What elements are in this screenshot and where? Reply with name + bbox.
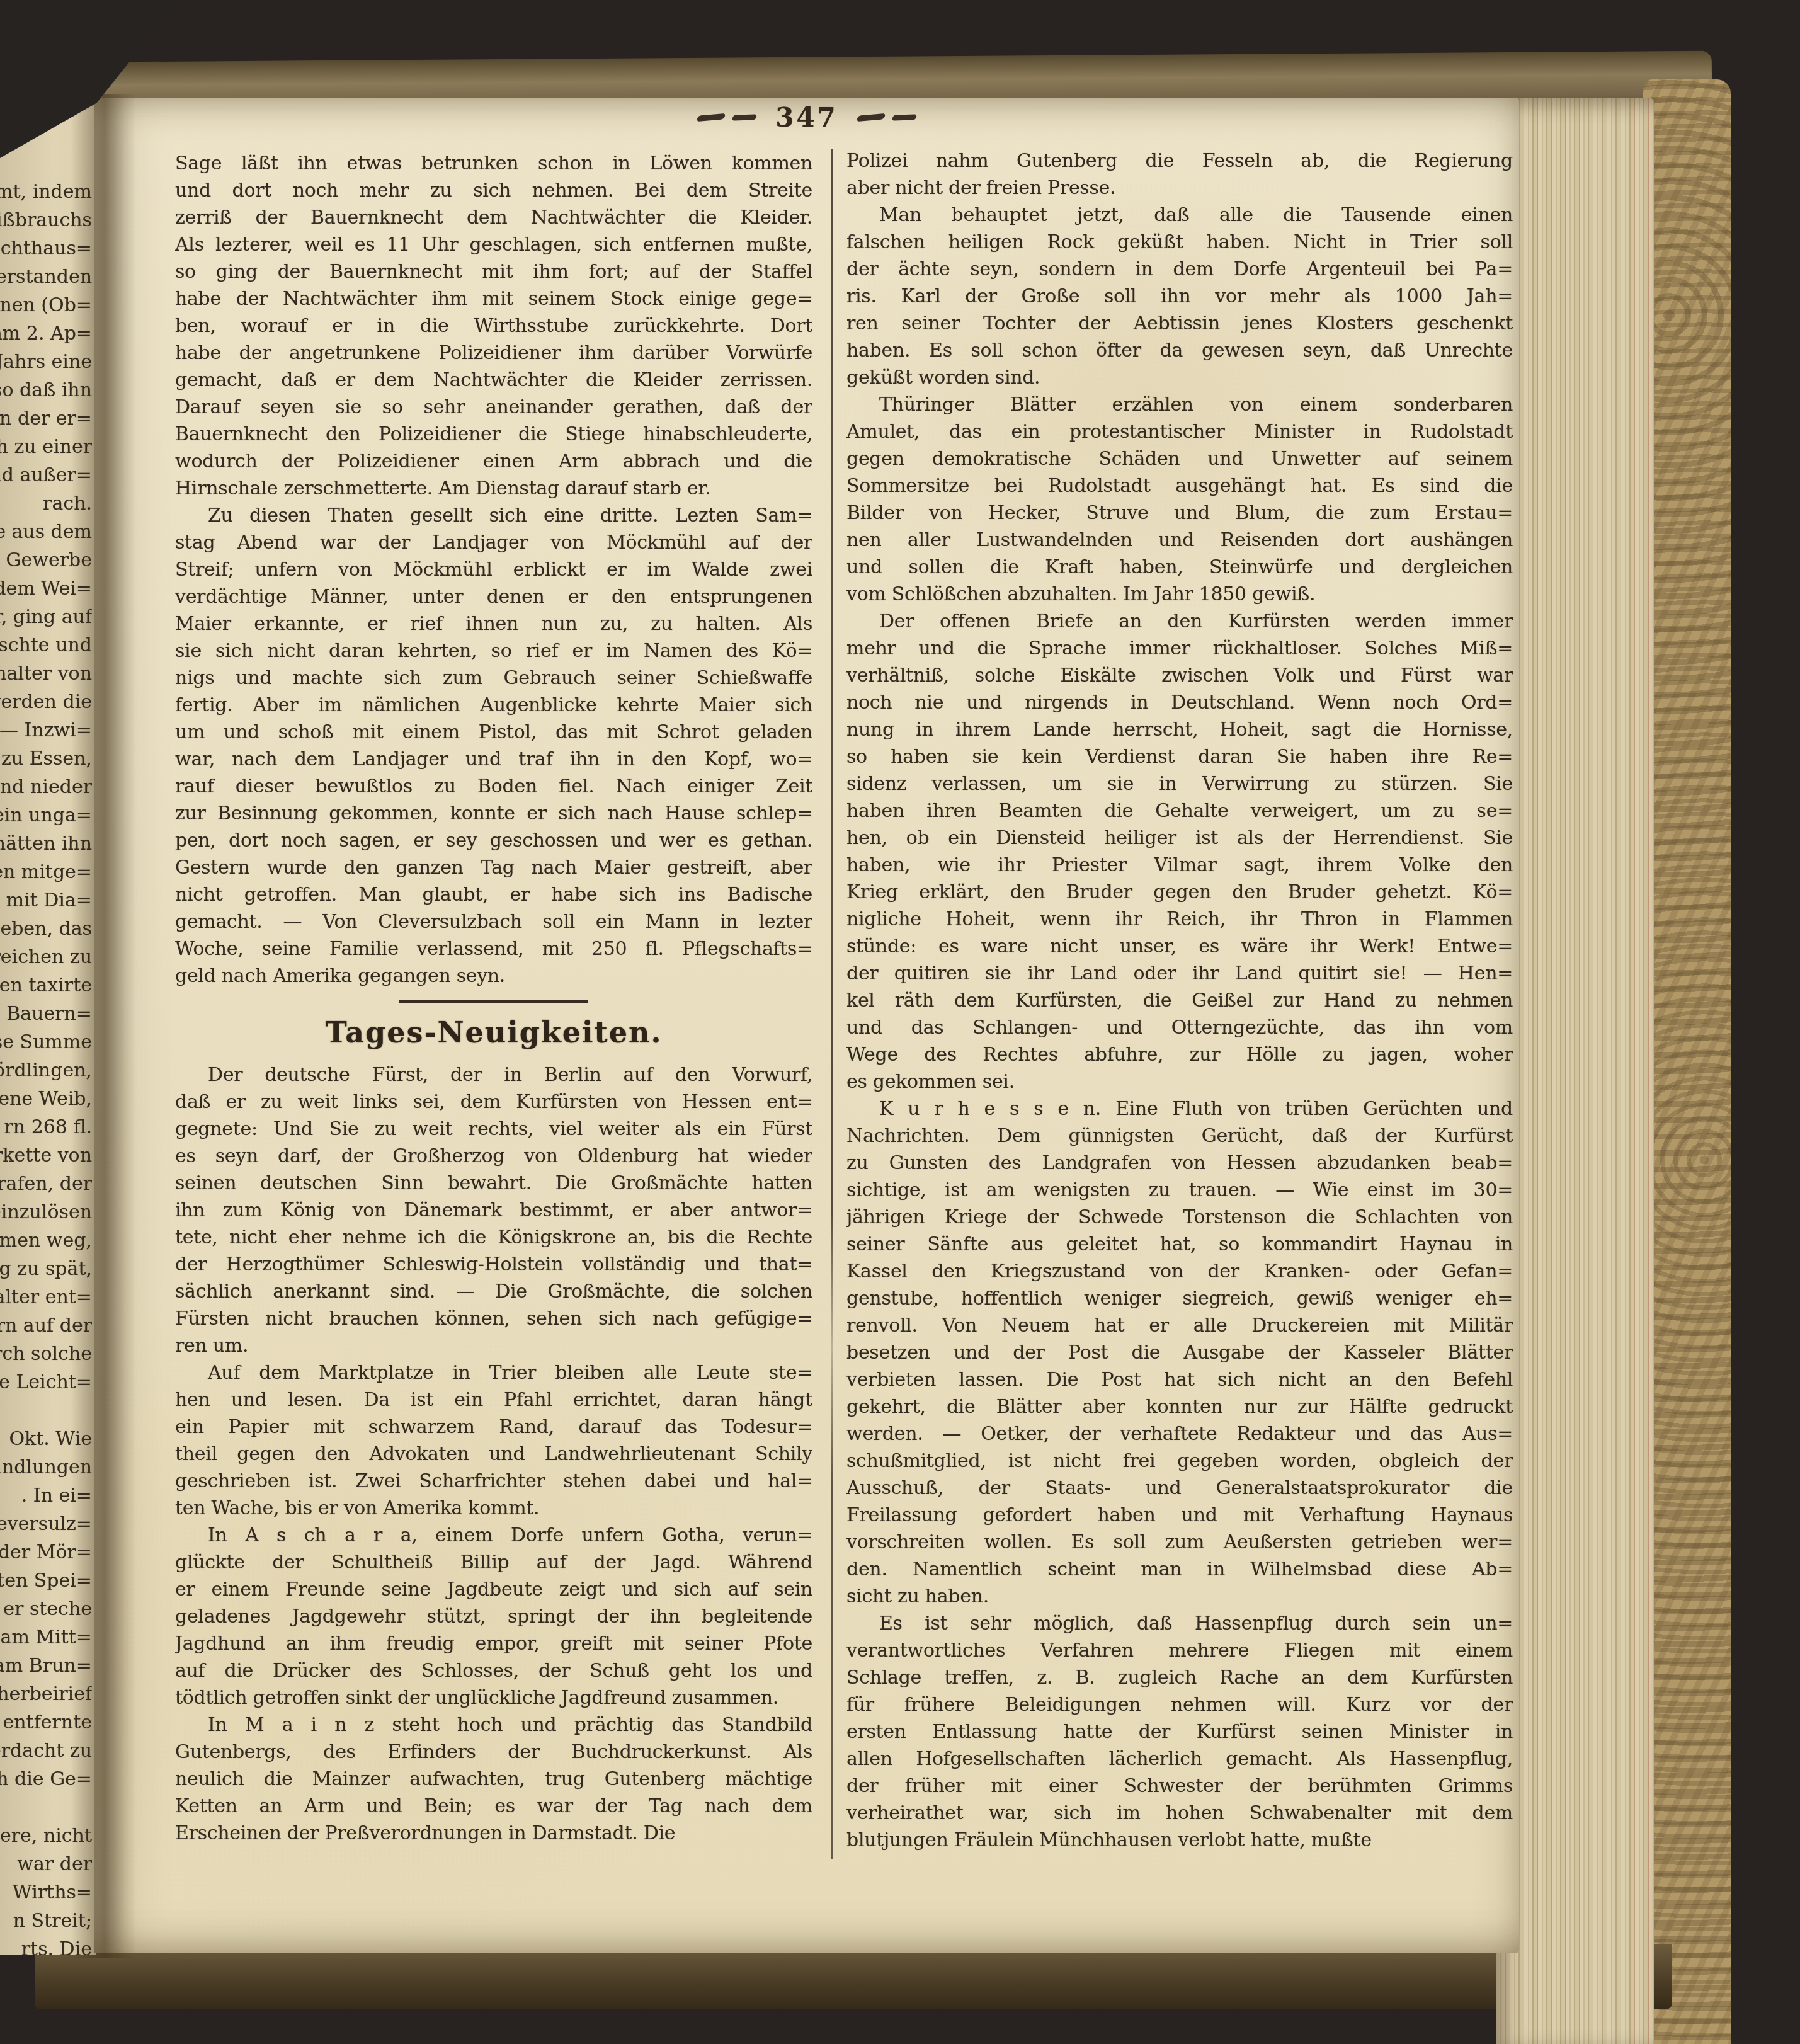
clipped-text-line: erreichen zu <box>0 943 92 971</box>
clipped-text-line: werden die <box>0 688 92 716</box>
text-line: sicht zu haben. <box>846 1583 1513 1610</box>
text-line: nigliche Hoheit, wenn ihr Reich, ihr Thr… <box>846 906 1513 933</box>
text-line: habe der Nachtwächter ihm mit seinem Sto… <box>175 285 812 312</box>
text-line: hen und lesen. Da ist ein Pfahl errichte… <box>175 1386 812 1413</box>
text-line: und das Schlangen- und Otterngezüchte, d… <box>846 1014 1513 1041</box>
text-line: jährigen Kriege der Schwede Torstenson d… <box>846 1204 1513 1231</box>
text-line: Bilder von Hecker, Struve und Blum, die … <box>846 500 1513 527</box>
right-column: Polizei nahm Gutenberg die Fesseln ab, d… <box>846 147 1513 1854</box>
text-line: sächlich anerkannt sind. — Die Großmächt… <box>175 1278 812 1305</box>
text-line: genstube, hoffentlich weniger siegreich,… <box>846 1285 1513 1312</box>
text-line: nicht getroffen. Man glaubt, er habe sic… <box>175 881 812 908</box>
text-line: habe der angetrunkene Polizeidiener ihm … <box>175 340 812 367</box>
text-line: Gutenbergs, des Erfinders der Buchdrucke… <box>175 1739 812 1766</box>
newspaper-page: 347 Sage läßt ihn etwas betrunken schon … <box>94 98 1519 1953</box>
text-line: Der deutsche Fürst, der in Berlin auf de… <box>175 1061 812 1088</box>
text-line: rauf dieser bewußtlos zu Boden fiel. Nac… <box>175 773 812 800</box>
clipped-text-line: Okt. Wie <box>0 1425 92 1453</box>
text-line: haben. Es soll schon öfter da gewesen se… <box>846 337 1513 364</box>
clipped-text-line: rn auf der <box>0 1311 92 1340</box>
text-line: gekehrt, die Blätter aber konnten nur zu… <box>846 1393 1513 1420</box>
clipped-text-line: ten Spei= <box>0 1567 92 1595</box>
clipped-text-line: halter ent= <box>0 1283 92 1311</box>
clipped-text-line <box>0 1793 92 1822</box>
clipped-text-line: Nördlingen, <box>0 1056 92 1085</box>
text-line: daß er zu weit links sei, dem Kurfürsten… <box>175 1088 812 1116</box>
clipped-text-line: einzulösen <box>0 1198 92 1226</box>
text-line: verantwortliches Verfahren mehrere Flieg… <box>846 1637 1513 1664</box>
text-line: allen Hofgesellschaften lächerlich gemac… <box>846 1745 1513 1773</box>
text-line: seiner Sänfte aus geleitet hat, so komma… <box>846 1231 1513 1258</box>
text-line: verhältniß, solche Eiskälte zwischen Vol… <box>846 662 1513 689</box>
text-line: ren seiner Tochter der Aebtissin jenes K… <box>846 310 1513 337</box>
text-line: Es ist sehr möglich, daß Hassenpflug dur… <box>846 1610 1513 1637</box>
clipped-text-line: ch zu einer <box>0 433 92 461</box>
text-line: ren um. <box>175 1332 812 1359</box>
text-line: geladenes Jagdgewehr stützt, springt der… <box>175 1603 812 1630</box>
clipped-text-line: Wirths= <box>0 1878 92 1907</box>
clipped-text-line: am Mitt= <box>0 1623 92 1652</box>
text-line: Darauf seyen sie so sehr aneinander gera… <box>175 394 812 421</box>
text-line: hen, ob ein Diensteid heiliger ist als d… <box>846 825 1513 852</box>
paragraph: Thüringer Blätter erzählen von einem son… <box>846 391 1513 608</box>
paragraph: Der deutsche Fürst, der in Berlin auf de… <box>175 1061 812 1359</box>
page-header: 347 <box>94 101 1519 134</box>
text-line: Nachrichten. Dem günnigsten Gerücht, daß… <box>846 1122 1513 1150</box>
text-line: sie sich nicht daran kehrten, so rief er… <box>175 637 812 665</box>
text-line: der früher mit einer Schwester der berüh… <box>846 1773 1513 1800</box>
text-line: Der offenen Briefe an den Kurfürsten wer… <box>846 608 1513 635</box>
text-line: noch nie und nirgends in Deutschland. We… <box>846 689 1513 716</box>
clipped-text-line: Grafen, der <box>0 1170 92 1198</box>
text-line: stag Abend war der Landjager von Möckmüh… <box>175 529 812 556</box>
text-line: Auf dem Marktplatze in Trier bleiben all… <box>175 1359 812 1386</box>
clipped-text-line: erdacht zu <box>0 1737 92 1765</box>
text-line: In A s ch a r a, einem Dorfe unfern Goth… <box>175 1522 812 1549</box>
text-line: er einem Freunde seine Jagdbeute zeigt u… <box>175 1576 812 1603</box>
clipped-text-line: und außer= <box>0 461 92 489</box>
text-line: ein Papier mit schwarzem Rand, darauf da… <box>175 1413 812 1441</box>
text-line: gegnete: Und Sie zu weit rechts, viel we… <box>175 1116 812 1143</box>
text-line: neulich die Mainzer aufwachten, trug Gut… <box>175 1766 812 1793</box>
clipped-text-line: ürkette von <box>0 1141 92 1170</box>
text-line: schußmitglied, ist nicht frei gegeben wo… <box>846 1447 1513 1475</box>
text-line: tete, nicht eher nehme ich die Königskro… <box>175 1224 812 1251</box>
clipped-text-line: rene Weib, <box>0 1085 92 1113</box>
clipped-text-line: de aus dem <box>0 518 92 546</box>
text-line: Woche, seine Familie verlassend, mit 250… <box>175 935 812 962</box>
text-line: nung in ihrem Lande herrscht, Hoheit, sa… <box>846 716 1513 743</box>
clipped-text-line: , mit Dia= <box>0 886 92 915</box>
text-line: auf die Drücker des Schlosses, der Schuß… <box>175 1657 812 1684</box>
clipped-text-line: etend nieder <box>0 773 92 801</box>
clipped-text-line: am Brun= <box>0 1652 92 1680</box>
text-line: ris. Karl der Große soll ihn vor mehr al… <box>846 283 1513 310</box>
clipped-text-line: rach. <box>0 489 92 518</box>
text-line: der Herzogthümer Schleswig-Holstein voll… <box>175 1251 812 1278</box>
text-line: Sommersitze bei Rudolstadt ausgehängt ha… <box>846 472 1513 500</box>
paragraph: Zu diesen Thaten gesellt sich eine dritt… <box>175 502 812 990</box>
text-line: haben, wie ihr Priester Vilmar sagt, ihr… <box>846 852 1513 879</box>
clipped-text-line: herbeirief <box>0 1680 92 1708</box>
text-line: theil gegen den Advokaten und Landwehrli… <box>175 1441 812 1468</box>
clipped-text-line: die Leicht= <box>0 1368 92 1396</box>
text-line: verheirathet war, sich im hohen Schwaben… <box>846 1800 1513 1827</box>
text-line: und dort noch mehr zu sich nehmen. Bei d… <box>175 177 812 204</box>
clipped-text-line: gen taxirte <box>0 971 92 1000</box>
text-line: aber nicht der freien Presse. <box>846 174 1513 202</box>
clipped-text-line: es Gewerbe <box>0 546 92 574</box>
clipped-text-line: urch solche <box>0 1340 92 1368</box>
text-line: Sage läßt ihn etwas betrunken schon in L… <box>175 150 812 177</box>
text-line: Ausschuß, der Staats- und Generalstaatsp… <box>846 1475 1513 1502</box>
paragraph: Man behauptet jetzt, daß alle die Tausen… <box>846 202 1513 391</box>
clipped-text-line: andlungen <box>0 1453 92 1482</box>
text-line: In M a i n z steht hoch und prächtig das… <box>175 1711 812 1739</box>
text-line: gemacht, daß er dem Nachtwächter die Kle… <box>175 367 812 394</box>
text-line: pen, dort noch sagen, er sey geschossen … <box>175 827 812 854</box>
clipped-text-line: ein unga= <box>0 801 92 830</box>
clipped-text-line: hätten ihn <box>0 830 92 858</box>
text-line: Krieg erklärt, den Bruder gegen den Brud… <box>846 879 1513 906</box>
clipped-text-line: war der <box>0 1850 92 1878</box>
text-line: zerriß der Bauernknecht dem Nachtwächter… <box>175 204 812 231</box>
text-line: für frühere Beleidigungen nehmen will. K… <box>846 1691 1513 1718</box>
clipped-text-line: ornen (Ob= <box>0 291 92 319</box>
clipped-text-line: aten der er= <box>0 404 92 433</box>
text-line: der quitiren sie ihr Land oder ihr Land … <box>846 960 1513 987</box>
book-cover-board <box>1643 79 1731 2044</box>
text-line: Thüringer Blätter erzählen von einem son… <box>846 391 1513 418</box>
text-line: gegen demokratische Schäden und Unwetter… <box>846 445 1513 472</box>
clipped-text-line: r, ging auf <box>0 603 92 631</box>
text-line: Als lezterer, weil es 11 Uhr geschlagen,… <box>175 231 812 258</box>
text-line: besetzen und der Post die Ausgabe der Ka… <box>846 1339 1513 1366</box>
clipped-text-line: ere, nicht <box>0 1822 92 1850</box>
clipped-text-line: so daß ihn <box>0 376 92 404</box>
text-line: um und schoß mit einem Pistol, das mit S… <box>175 719 812 746</box>
clipped-text-line: e Zuchthaus= <box>0 234 92 263</box>
text-line: zu Gunsten des Landgrafen von Hessen abz… <box>846 1150 1513 1177</box>
text-line: vom Schlößchen abzuhalten. Im Jahr 1850 … <box>846 581 1513 608</box>
paragraph: Auf dem Marktplatze in Trier bleiben all… <box>175 1359 812 1522</box>
text-line: sidenz verlassen, um sie in Verwirrung z… <box>846 770 1513 797</box>
text-line: Polizei nahm Gutenberg die Fesseln ab, d… <box>846 147 1513 174</box>
column-divider-rule <box>831 149 833 1859</box>
paragraph: Es ist sehr möglich, daß Hassenpflug dur… <box>846 1610 1513 1854</box>
text-line: war, nach dem Landjager und traf ihn in … <box>175 746 812 773</box>
clipped-text-line: m erstanden <box>0 263 92 291</box>
text-line: glückte der Schultheiß Billip auf der Ja… <box>175 1549 812 1576</box>
text-line: Freilassung gefordert haben und mit Verh… <box>846 1502 1513 1529</box>
clipped-text-line: as zu Essen, <box>0 745 92 773</box>
text-line: fertig. Aber im nämlichen Augenblicke ke… <box>175 692 812 719</box>
clipped-text-line: rn 268 fl. <box>0 1113 92 1141</box>
clipped-text-line: iten mitge= <box>0 858 92 886</box>
book-cover-bottom-edge <box>35 1944 1672 2009</box>
text-line: werden. — Oetker, der verhaftete Redakte… <box>846 1420 1513 1447</box>
text-line: Fürsten nicht brauchen können, sehen sic… <box>175 1305 812 1332</box>
clipped-text-line <box>0 1396 92 1425</box>
clipped-text-line: ieben, das <box>0 915 92 943</box>
clipped-text-line: ug zu spät, <box>0 1255 92 1283</box>
text-line: kel räth dem Kurfürsten, die Geißel zur … <box>846 987 1513 1014</box>
text-line: ihn zum König von Dänemark bestimmt, er … <box>175 1197 812 1224</box>
clipped-text-line: feilschte und <box>0 631 92 659</box>
text-line: geküßt worden sind. <box>846 364 1513 391</box>
text-line: Jagdhund an ihm freudig empor, greift mi… <box>175 1630 812 1657</box>
adjacent-page: mmt, indemMißbrauchse Zuchthaus=m erstan… <box>0 105 96 1955</box>
text-line: Kassel den Kriegszustand von der Kranken… <box>846 1258 1513 1285</box>
text-line: vorschreiten wollen. Es soll zum Aeußers… <box>846 1529 1513 1556</box>
text-line: blutjungen Fräulein Münchhausen verlobt … <box>846 1827 1513 1854</box>
text-line: es seyn darf, der Großherzog von Oldenbu… <box>175 1143 812 1170</box>
text-line: Erscheinen der Preßverordnungen in Darms… <box>175 1820 812 1847</box>
text-line: mehr und die Sprache immer rückhaltloser… <box>846 635 1513 662</box>
paragraph: In A s ch a r a, einem Dorfe unfern Goth… <box>175 1522 812 1711</box>
text-line: verdächtige Männer, unter denen er den e… <box>175 583 812 610</box>
clipped-text-line: ie Bauern= <box>0 1000 92 1028</box>
text-line: ben, worauf er in die Wirthsstube zurück… <box>175 312 812 340</box>
clipped-text-line: Cleversulz= <box>0 1510 92 1538</box>
text-line: Amulet, das ein protestantischer Ministe… <box>846 418 1513 445</box>
text-line: geld nach Amerika gegangen seyn. <box>175 962 812 990</box>
paragraph: Polizei nahm Gutenberg die Fesseln ab, d… <box>846 147 1513 202</box>
text-line: seinen deutschen Sinn bewahrt. Die Großm… <box>175 1170 812 1197</box>
text-line: stünde: es ware nicht unser, es wäre ihr… <box>846 933 1513 960</box>
section-heading: Tages-Neuigkeiten. <box>175 1012 812 1053</box>
clipped-text-line: entfernte <box>0 1708 92 1737</box>
clipped-text-line: sthalter von <box>0 659 92 688</box>
text-line: Man behauptet jetzt, daß alle die Tausen… <box>846 202 1513 229</box>
text-line: haben ihren Beamten die Gehalte verweige… <box>846 797 1513 825</box>
text-line: so haben sie kein Verdienst daran Sie ha… <box>846 743 1513 770</box>
clipped-text-line: am 2. Ap= <box>0 319 92 348</box>
clipped-text-line: n Streit; <box>0 1907 92 1935</box>
text-line: geschrieben ist. Zwei Scharfrichter steh… <box>175 1468 812 1495</box>
text-line: Gestern wurde den ganzen Tag nach Maier … <box>175 854 812 881</box>
clipped-text-line: — Inzwi= <box>0 716 92 745</box>
clipped-text-line: ch die Ge= <box>0 1765 92 1793</box>
text-line: und sollen die Kraft haben, Steinwürfe u… <box>846 554 1513 581</box>
text-line: der ächte seyn, sondern in dem Dorfe Arg… <box>846 256 1513 283</box>
text-line: nigs und machte sich zum Gebrauch seiner… <box>175 665 812 692</box>
book-page-fore-edge <box>1496 98 1654 2044</box>
text-line: nen aller Lustwandelnden und Reisenden d… <box>846 527 1513 554</box>
text-line: ersten Entlassung hatte der Kurfürst sei… <box>846 1718 1513 1745</box>
clipped-text-line: mmt, indem <box>0 178 92 206</box>
text-line: Schlage treffen, z. B. zugleich Rache an… <box>846 1664 1513 1691</box>
paragraph: Der offenen Briefe an den Kurfürsten wer… <box>846 608 1513 1095</box>
text-line: ten Wache, bis er von Amerika kommt. <box>175 1495 812 1522</box>
section-rule <box>399 1000 588 1003</box>
text-line: tödtlich getroffen sinkt der unglücklich… <box>175 1684 812 1711</box>
text-line: zur Besinnung gekommen, konnte er sich n… <box>175 800 812 827</box>
text-line: Bauernknecht den Polizeidiener die Stieg… <box>175 421 812 448</box>
text-line: renvoll. Von Neuem hat er alle Druckerei… <box>846 1312 1513 1339</box>
clipped-text-line: sse Summe <box>0 1028 92 1056</box>
text-line: K u r h e s s e n. Eine Fluth von trüben… <box>846 1095 1513 1122</box>
text-line: gemacht. — Von Cleversulzbach soll ein M… <box>175 908 812 935</box>
ornament-dashes-right <box>857 115 916 120</box>
ornament-dashes-left <box>697 115 756 120</box>
text-line: Streif; unfern von Möckmühl erblickt er … <box>175 556 812 583</box>
text-line: verbieten lassen. Die Post hat sich nich… <box>846 1366 1513 1393</box>
text-line: Hirnschale zerschmetterte. Am Dienstag d… <box>175 475 812 502</box>
left-column: Sage läßt ihn etwas betrunken schon in L… <box>175 150 812 1847</box>
text-line: Zu diesen Thaten gesellt sich eine dritt… <box>175 502 812 529</box>
paragraph: In M a i n z steht hoch und prächtig das… <box>175 1711 812 1847</box>
text-line: sichtige, ist am wenigsten zu trauen. — … <box>846 1177 1513 1204</box>
clipped-text-line: Mißbrauchs <box>0 206 92 234</box>
clipped-text-line: rts. Die <box>0 1935 92 1955</box>
clipped-text-line: men weg, <box>0 1226 92 1255</box>
text-line: Ketten an Arm und Bein; es war der Tag n… <box>175 1793 812 1820</box>
adjacent-page-text-strip: mmt, indemMißbrauchse Zuchthaus=m erstan… <box>0 178 92 1955</box>
clipped-text-line: er steche <box>0 1595 92 1623</box>
clipped-text-line: . In ei= <box>0 1482 92 1510</box>
text-line: Wege des Rechtes abfuhre, zur Hölle zu j… <box>846 1041 1513 1068</box>
text-line: Maier erkannte, er rief ihnen nun zu, zu… <box>175 610 812 637</box>
clipped-text-line: . Jahrs eine <box>0 348 92 376</box>
text-line: den. Namentlich scheint man in Wilhelmsb… <box>846 1556 1513 1583</box>
page-number: 347 <box>775 102 838 133</box>
clipped-text-line: dem Wei= <box>0 574 92 603</box>
paragraph: K u r h e s s e n. Eine Fluth von trüben… <box>846 1095 1513 1610</box>
text-line: wodurch der Polizeidiener einen Arm abbr… <box>175 448 812 475</box>
paragraph: Sage läßt ihn etwas betrunken schon in L… <box>175 150 812 502</box>
clipped-text-line: der Mör= <box>0 1538 92 1567</box>
text-line: es gekommen sei. <box>846 1068 1513 1095</box>
text-line: so ging der Bauernknecht mit ihm fort; a… <box>175 258 812 285</box>
text-line: falschen heiligen Rock geküßt haben. Nic… <box>846 229 1513 256</box>
